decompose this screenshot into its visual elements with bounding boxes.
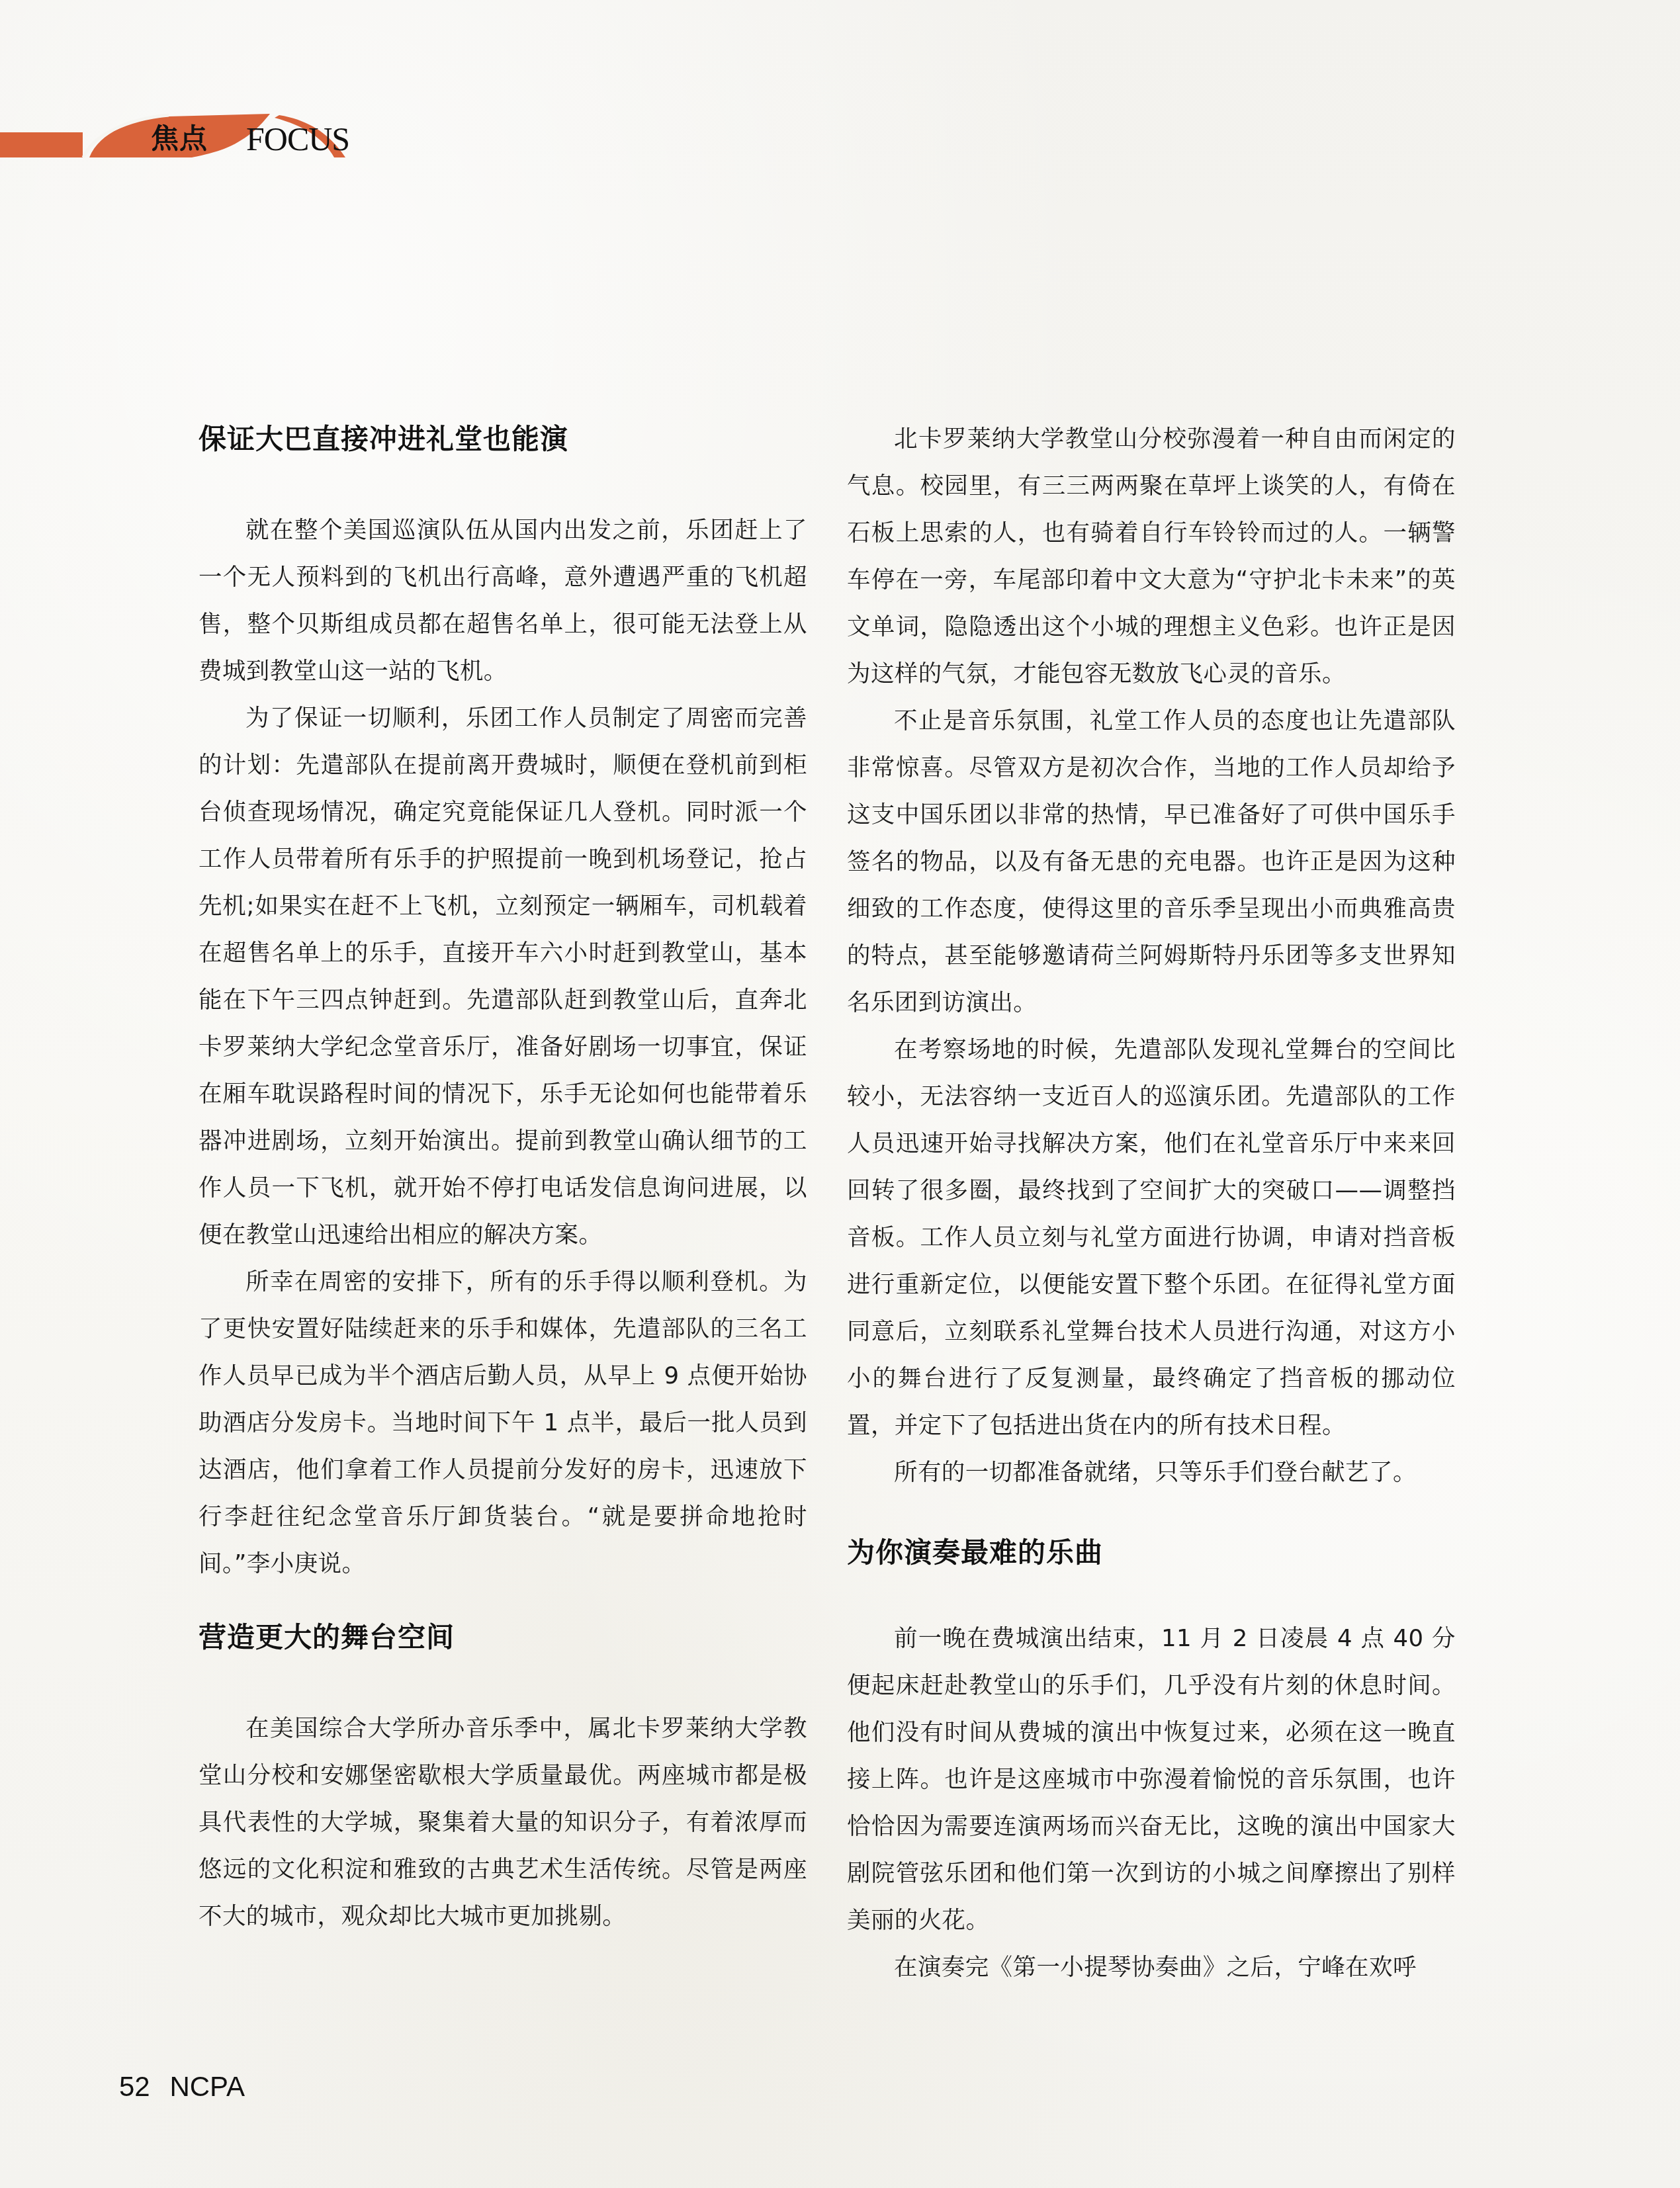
- section-heading: 保证大巴直接冲进礼堂也能演: [199, 416, 807, 463]
- page-number: 52: [119, 2071, 150, 2102]
- paragraph: 不止是音乐氛围，礼堂工作人员的态度也让先遣部队非常惊喜。尽管双方是初次合作，当地…: [847, 697, 1456, 1026]
- paragraph: 所幸在周密的安排下，所有的乐手得以顺利登机。为了更快安置好陆续赶来的乐手和媒体，…: [199, 1258, 807, 1587]
- paragraph: 在美国综合大学所办音乐季中，属北卡罗莱纳大学教堂山分校和安娜堡密歇根大学质量最优…: [199, 1705, 807, 1940]
- page-footer: 52 NCPA: [119, 2071, 245, 2103]
- paragraph: 在演奏完《第一小提琴协奏曲》之后，宁峰在欢呼: [847, 1944, 1456, 1991]
- paragraph: 所有的一切都准备就绪，只等乐手们登台献艺了。: [847, 1449, 1456, 1496]
- right-column: 北卡罗莱纳大学教堂山分校弥漫着一种自由而闲定的气息。校园里，有三三两两聚在草坪上…: [847, 416, 1456, 1991]
- section-header: 焦点 FOCUS: [0, 106, 503, 172]
- publication-name: NCPA: [169, 2071, 245, 2102]
- section-label-en: FOCUS: [246, 122, 349, 156]
- paragraph: 前一晚在费城演出结束，11 月 2 日凌晨 4 点 40 分便起床赶赴教堂山的乐…: [847, 1615, 1456, 1944]
- section-heading: 营造更大的舞台空间: [199, 1614, 807, 1661]
- left-column: 保证大巴直接冲进礼堂也能演 就在整个美国巡演队伍从国内出发之前，乐团赶上了一个无…: [199, 416, 807, 1940]
- paragraph: 为了保证一切顺利，乐团工作人员制定了周密而完善的计划：先遣部队在提前离开费城时，…: [199, 695, 807, 1258]
- section-label-cn: 焦点: [151, 123, 208, 155]
- paragraph: 北卡罗莱纳大学教堂山分校弥漫着一种自由而闲定的气息。校园里，有三三两两聚在草坪上…: [847, 416, 1456, 697]
- paragraph: 就在整个美国巡演队伍从国内出发之前，乐团赶上了一个无人预料到的飞机出行高峰，意外…: [199, 507, 807, 695]
- section-heading: 为你演奏最难的乐曲: [847, 1529, 1456, 1577]
- paragraph: 在考察场地的时候，先遣部队发现礼堂舞台的空间比较小，无法容纳一支近百人的巡演乐团…: [847, 1026, 1456, 1449]
